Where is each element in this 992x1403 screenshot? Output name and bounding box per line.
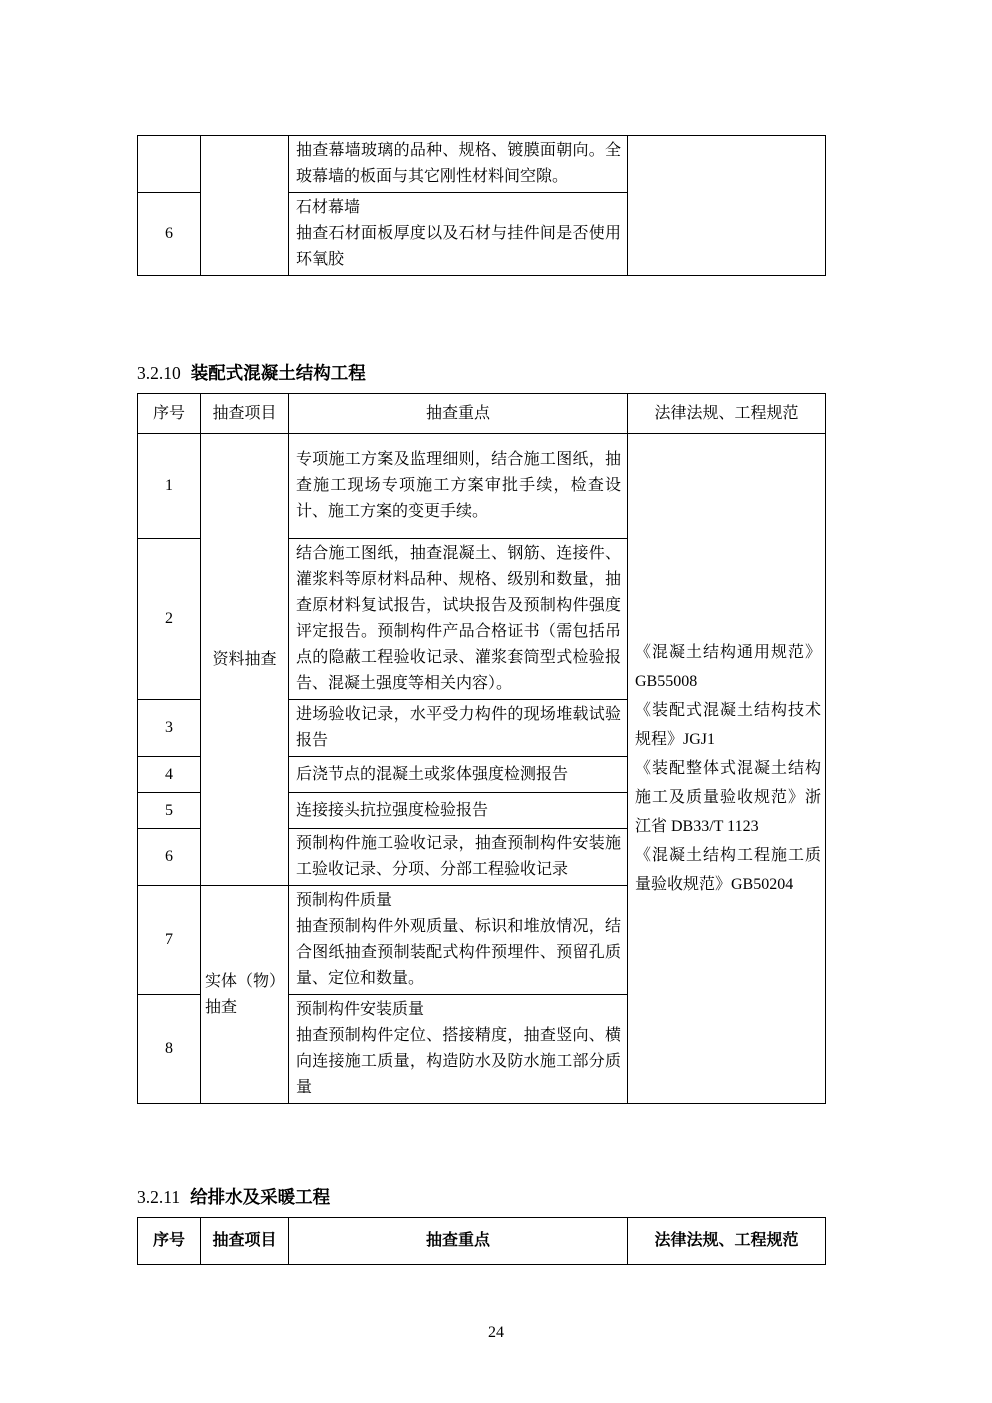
focus-cell: 专项施工方案及监理细则，结合施工图纸，抽查施工现场专项施工方案审批手续，检查设计… <box>289 434 628 539</box>
item-cell-empty <box>201 136 289 276</box>
table-row: 1 资料抽查 专项施工方案及监理细则，结合施工图纸，抽查施工现场专项施工方案审批… <box>138 434 826 539</box>
regulation-cell: 《混凝土结构通用规范》GB55008 《装配式混凝土结构技术规程》JGJ1 《装… <box>628 434 826 1104</box>
section-number: 3.2.11 <box>137 1187 180 1207</box>
page-content: 抽查幕墙玻璃的品种、规格、镀膜面朝向。全玻幕墙的板面与其它刚性材料间空隙。 6 … <box>137 0 825 1343</box>
header-regulation: 法律法规、工程规范 <box>628 394 826 434</box>
focus-text: 后浇节点的混凝土或浆体强度检测报告 <box>296 762 621 788</box>
focus-text: 抽查石材面板厚度以及石材与挂件间是否使用环氧胶 <box>296 221 621 273</box>
seq-cell: 4 <box>138 757 201 793</box>
focus-title: 石材幕墙 <box>296 195 621 221</box>
table-header-row: 序号 抽查项目 抽查重点 法律法规、工程规范 <box>138 1218 826 1265</box>
focus-cell: 预制构件施工验收记录，抽查预制构件安装施工验收记录、分项、分部工程验收记录 <box>289 829 628 886</box>
precast-concrete-table: 序号 抽查项目 抽查重点 法律法规、工程规范 1 资料抽查 专项施工方案及监理细… <box>137 393 826 1104</box>
header-seq: 序号 <box>138 394 201 434</box>
seq-cell: 7 <box>138 886 201 995</box>
curtain-wall-table-fragment: 抽查幕墙玻璃的品种、规格、镀膜面朝向。全玻幕墙的板面与其它刚性材料间空隙。 6 … <box>137 135 826 276</box>
seq-cell: 3 <box>138 700 201 757</box>
focus-text: 预制构件施工验收记录，抽查预制构件安装施工验收记录、分项、分部工程验收记录 <box>296 831 621 883</box>
focus-text: 抽查预制构件定位、搭接精度，抽查竖向、横向连接施工质量，构造防水及防水施工部分质… <box>296 1023 621 1101</box>
focus-cell: 连接接头抗拉强度检验报告 <box>289 793 628 829</box>
seq-cell: 5 <box>138 793 201 829</box>
focus-text: 专项施工方案及监理细则，结合施工图纸，抽查施工现场专项施工方案审批手续，检查设计… <box>296 447 621 525</box>
regulation-item: 《装配整体式混凝土结构施工及质量验收规范》浙江省 DB33/T 1123 <box>635 754 821 841</box>
seq-cell: 8 <box>138 995 201 1104</box>
header-item: 抽查项目 <box>201 1218 289 1265</box>
document-page: 抽查幕墙玻璃的品种、规格、镀膜面朝向。全玻幕墙的板面与其它刚性材料间空隙。 6 … <box>0 0 992 1403</box>
section-heading-3-2-10: 3.2.10装配式混凝土结构工程 <box>137 361 825 385</box>
focus-text: 进场验收记录，水平受力构件的现场堆载试验报告 <box>296 702 621 754</box>
seq-cell: 6 <box>138 193 201 276</box>
header-item: 抽查项目 <box>201 394 289 434</box>
focus-cell: 结合施工图纸，抽查混凝土、钢筋、连接件、灌浆料等原材料品种、规格、级别和数量，抽… <box>289 539 628 700</box>
section-number: 3.2.10 <box>137 363 181 383</box>
focus-text: 结合施工图纸，抽查混凝土、钢筋、连接件、灌浆料等原材料品种、规格、级别和数量，抽… <box>296 541 621 697</box>
seq-cell: 2 <box>138 539 201 700</box>
header-focus: 抽查重点 <box>289 394 628 434</box>
focus-text: 连接接头抗拉强度检验报告 <box>296 798 621 824</box>
item-group-physical: 实体（物）抽查 <box>201 886 289 1104</box>
focus-cell: 预制构件安装质量 抽查预制构件定位、搭接精度，抽查竖向、横向连接施工质量，构造防… <box>289 995 628 1104</box>
focus-cell: 抽查幕墙玻璃的品种、规格、镀膜面朝向。全玻幕墙的板面与其它刚性材料间空隙。 <box>289 136 628 193</box>
regulation-cell-empty <box>628 136 826 276</box>
header-focus: 抽查重点 <box>289 1218 628 1265</box>
plumbing-heating-table: 序号 抽查项目 抽查重点 法律法规、工程规范 <box>137 1217 826 1265</box>
section-heading-3-2-11: 3.2.11给排水及采暖工程 <box>137 1185 825 1209</box>
focus-text: 抽查幕墙玻璃的品种、规格、镀膜面朝向。全玻幕墙的板面与其它刚性材料间空隙。 <box>296 138 621 190</box>
focus-cell: 预制构件质量 抽查预制构件外观质量、标识和堆放情况，结合图纸抽查预制装配式构件预… <box>289 886 628 995</box>
table-row: 抽查幕墙玻璃的品种、规格、镀膜面朝向。全玻幕墙的板面与其它刚性材料间空隙。 <box>138 136 826 193</box>
section-title: 装配式混凝土结构工程 <box>191 363 366 383</box>
header-regulation: 法律法规、工程规范 <box>628 1218 826 1265</box>
focus-title: 预制构件质量 <box>296 888 621 914</box>
regulation-item: 《装配式混凝土结构技术规程》JGJ1 <box>635 696 821 754</box>
item-group-docs: 资料抽查 <box>201 434 289 886</box>
regulation-item: 《混凝土结构通用规范》GB55008 <box>635 638 821 696</box>
focus-cell: 石材幕墙 抽查石材面板厚度以及石材与挂件间是否使用环氧胶 <box>289 193 628 276</box>
section-title: 给排水及采暖工程 <box>190 1187 330 1207</box>
regulation-item: 《混凝土结构工程施工质量验收规范》GB50204 <box>635 841 821 899</box>
focus-cell: 进场验收记录，水平受力构件的现场堆载试验报告 <box>289 700 628 757</box>
header-seq: 序号 <box>138 1218 201 1265</box>
seq-cell: 1 <box>138 434 201 539</box>
seq-cell-empty <box>138 136 201 193</box>
focus-text: 抽查预制构件外观质量、标识和堆放情况，结合图纸抽查预制装配式构件预埋件、预留孔质… <box>296 914 621 992</box>
focus-cell: 后浇节点的混凝土或浆体强度检测报告 <box>289 757 628 793</box>
page-number: 24 <box>0 1323 992 1343</box>
seq-cell: 6 <box>138 829 201 886</box>
focus-title: 预制构件安装质量 <box>296 997 621 1023</box>
table-header-row: 序号 抽查项目 抽查重点 法律法规、工程规范 <box>138 394 826 434</box>
